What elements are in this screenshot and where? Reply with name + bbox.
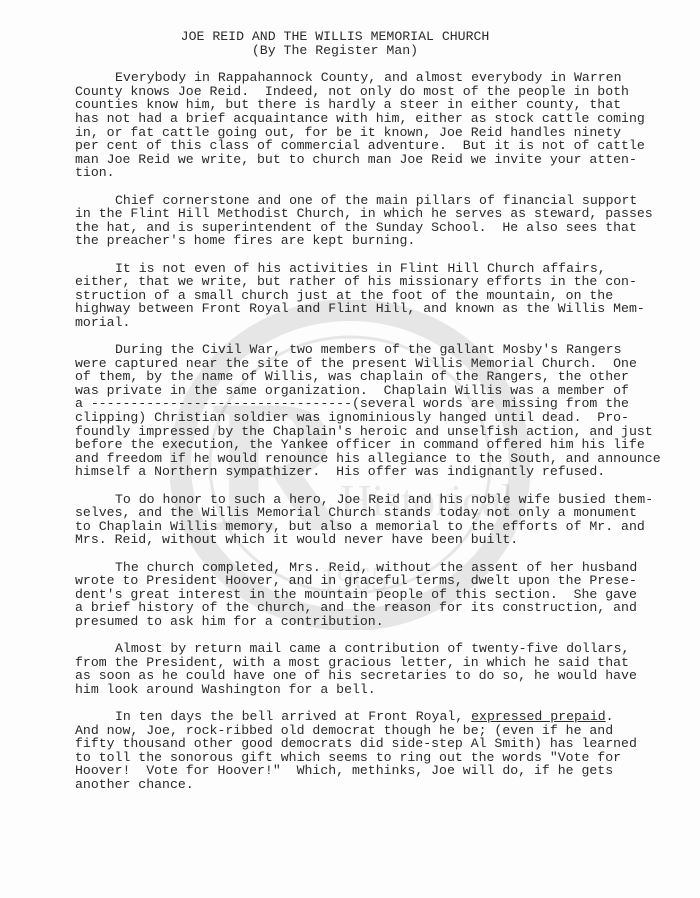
text-line: In ten days the bell arrived at Front Ro… [75, 710, 675, 724]
text-line: before the execution, the Yankee officer… [75, 438, 675, 452]
text-line: And now, Joe, rock-ribbed old democrat t… [75, 724, 675, 738]
article-title: JOE REID AND THE WILLIS MEMORIAL CHURCH [75, 30, 595, 44]
text-line: selves, and the Willis Memorial Church s… [75, 506, 675, 520]
text-line: has not had a brief acquaintance with hi… [75, 112, 675, 126]
text-line: clipping) Christian soldier was ignomini… [75, 411, 675, 425]
text-line: foundly impressed by the Chaplain's hero… [75, 425, 675, 439]
paragraph: Almost by return mail came a contributio… [75, 642, 675, 696]
text-line: morial. [75, 316, 675, 330]
text-line: in, or fat cattle going out, for be it k… [75, 126, 675, 140]
text-line: himself a Northern sympathizer. His offe… [75, 465, 675, 479]
text-line: To do honor to such a hero, Joe Reid and… [75, 493, 675, 507]
text-line: tion. [75, 166, 675, 180]
text-line: from the President, with a most gracious… [75, 656, 675, 670]
text-line: Hoover! Vote for Hoover!" Which, methink… [75, 764, 675, 778]
text-line: highway between Front Royal and Flint Hi… [75, 302, 675, 316]
text-line: presumed to ask him for a contribution. [75, 615, 675, 629]
text-line: a brief history of the church, and the r… [75, 601, 675, 615]
article-body: JOE REID AND THE WILLIS MEMORIAL CHURCH … [75, 30, 675, 805]
text-line: to toll the sonorous gift which seems to… [75, 751, 675, 765]
text-line: were captured near the site of the prese… [75, 357, 675, 371]
text-line: either, that we write, but rather of his… [75, 275, 675, 289]
paragraph: Chief cornerstone and one of the main pi… [75, 194, 675, 248]
text-line: counties know him, but there is hardly a… [75, 98, 675, 112]
paragraph: It is not even of his activities in Flin… [75, 262, 675, 330]
text-line: Chief cornerstone and one of the main pi… [75, 194, 675, 208]
text-line: in the Flint Hill Methodist Church, in w… [75, 207, 675, 221]
underlined-phrase: expressed prepaid [471, 709, 606, 724]
text-line: man Joe Reid we write, but to church man… [75, 153, 675, 167]
article-byline: (By The Register Man) [75, 44, 595, 58]
text-line: Everybody in Rappahannock County, and al… [75, 71, 675, 85]
text-line: Mrs. Reid, without which it would never … [75, 533, 675, 547]
text-line: per cent of this class of commercial adv… [75, 139, 675, 153]
text-line: the preacher's home fires are kept burni… [75, 234, 675, 248]
paragraph: In ten days the bell arrived at Front Ro… [75, 710, 675, 792]
text-line: of them, by the name of Willis, was chap… [75, 370, 675, 384]
text-line: and freedom if he would renounce his all… [75, 452, 675, 466]
document-page: R Historical 1965 JOE REID AND THE WILLI… [0, 0, 700, 898]
text-line: him look around Washington for a bell. [75, 683, 675, 697]
text-line: dent's great interest in the mountain pe… [75, 588, 675, 602]
text-line: the hat, and is superintendent of the Su… [75, 221, 675, 235]
text-line: wrote to President Hoover, and in gracef… [75, 574, 675, 588]
text-line: was private in the same organization. Ch… [75, 384, 675, 398]
paragraph: During the Civil War, two members of the… [75, 343, 675, 479]
text-line: another chance. [75, 778, 675, 792]
text-line: to Chaplain Willis memory, but also a me… [75, 520, 675, 534]
paragraph: Everybody in Rappahannock County, and al… [75, 71, 675, 180]
text-line: It is not even of his activities in Flin… [75, 262, 675, 276]
text-line: a ---------------------------------(seve… [75, 397, 675, 411]
text-line: The church completed, Mrs. Reid, without… [75, 561, 675, 575]
paragraph: The church completed, Mrs. Reid, without… [75, 561, 675, 629]
text-line: fifty thousand other good democrats did … [75, 737, 675, 751]
text-line: County knows Joe Reid. Indeed, not only … [75, 85, 675, 99]
paragraph: To do honor to such a hero, Joe Reid and… [75, 493, 675, 547]
text-line: During the Civil War, two members of the… [75, 343, 675, 357]
text-line: Almost by return mail came a contributio… [75, 642, 675, 656]
text-line: as soon as he could have one of his secr… [75, 669, 675, 683]
paragraph-list: Everybody in Rappahannock County, and al… [75, 71, 675, 791]
text-line: struction of a small church just at the … [75, 289, 675, 303]
